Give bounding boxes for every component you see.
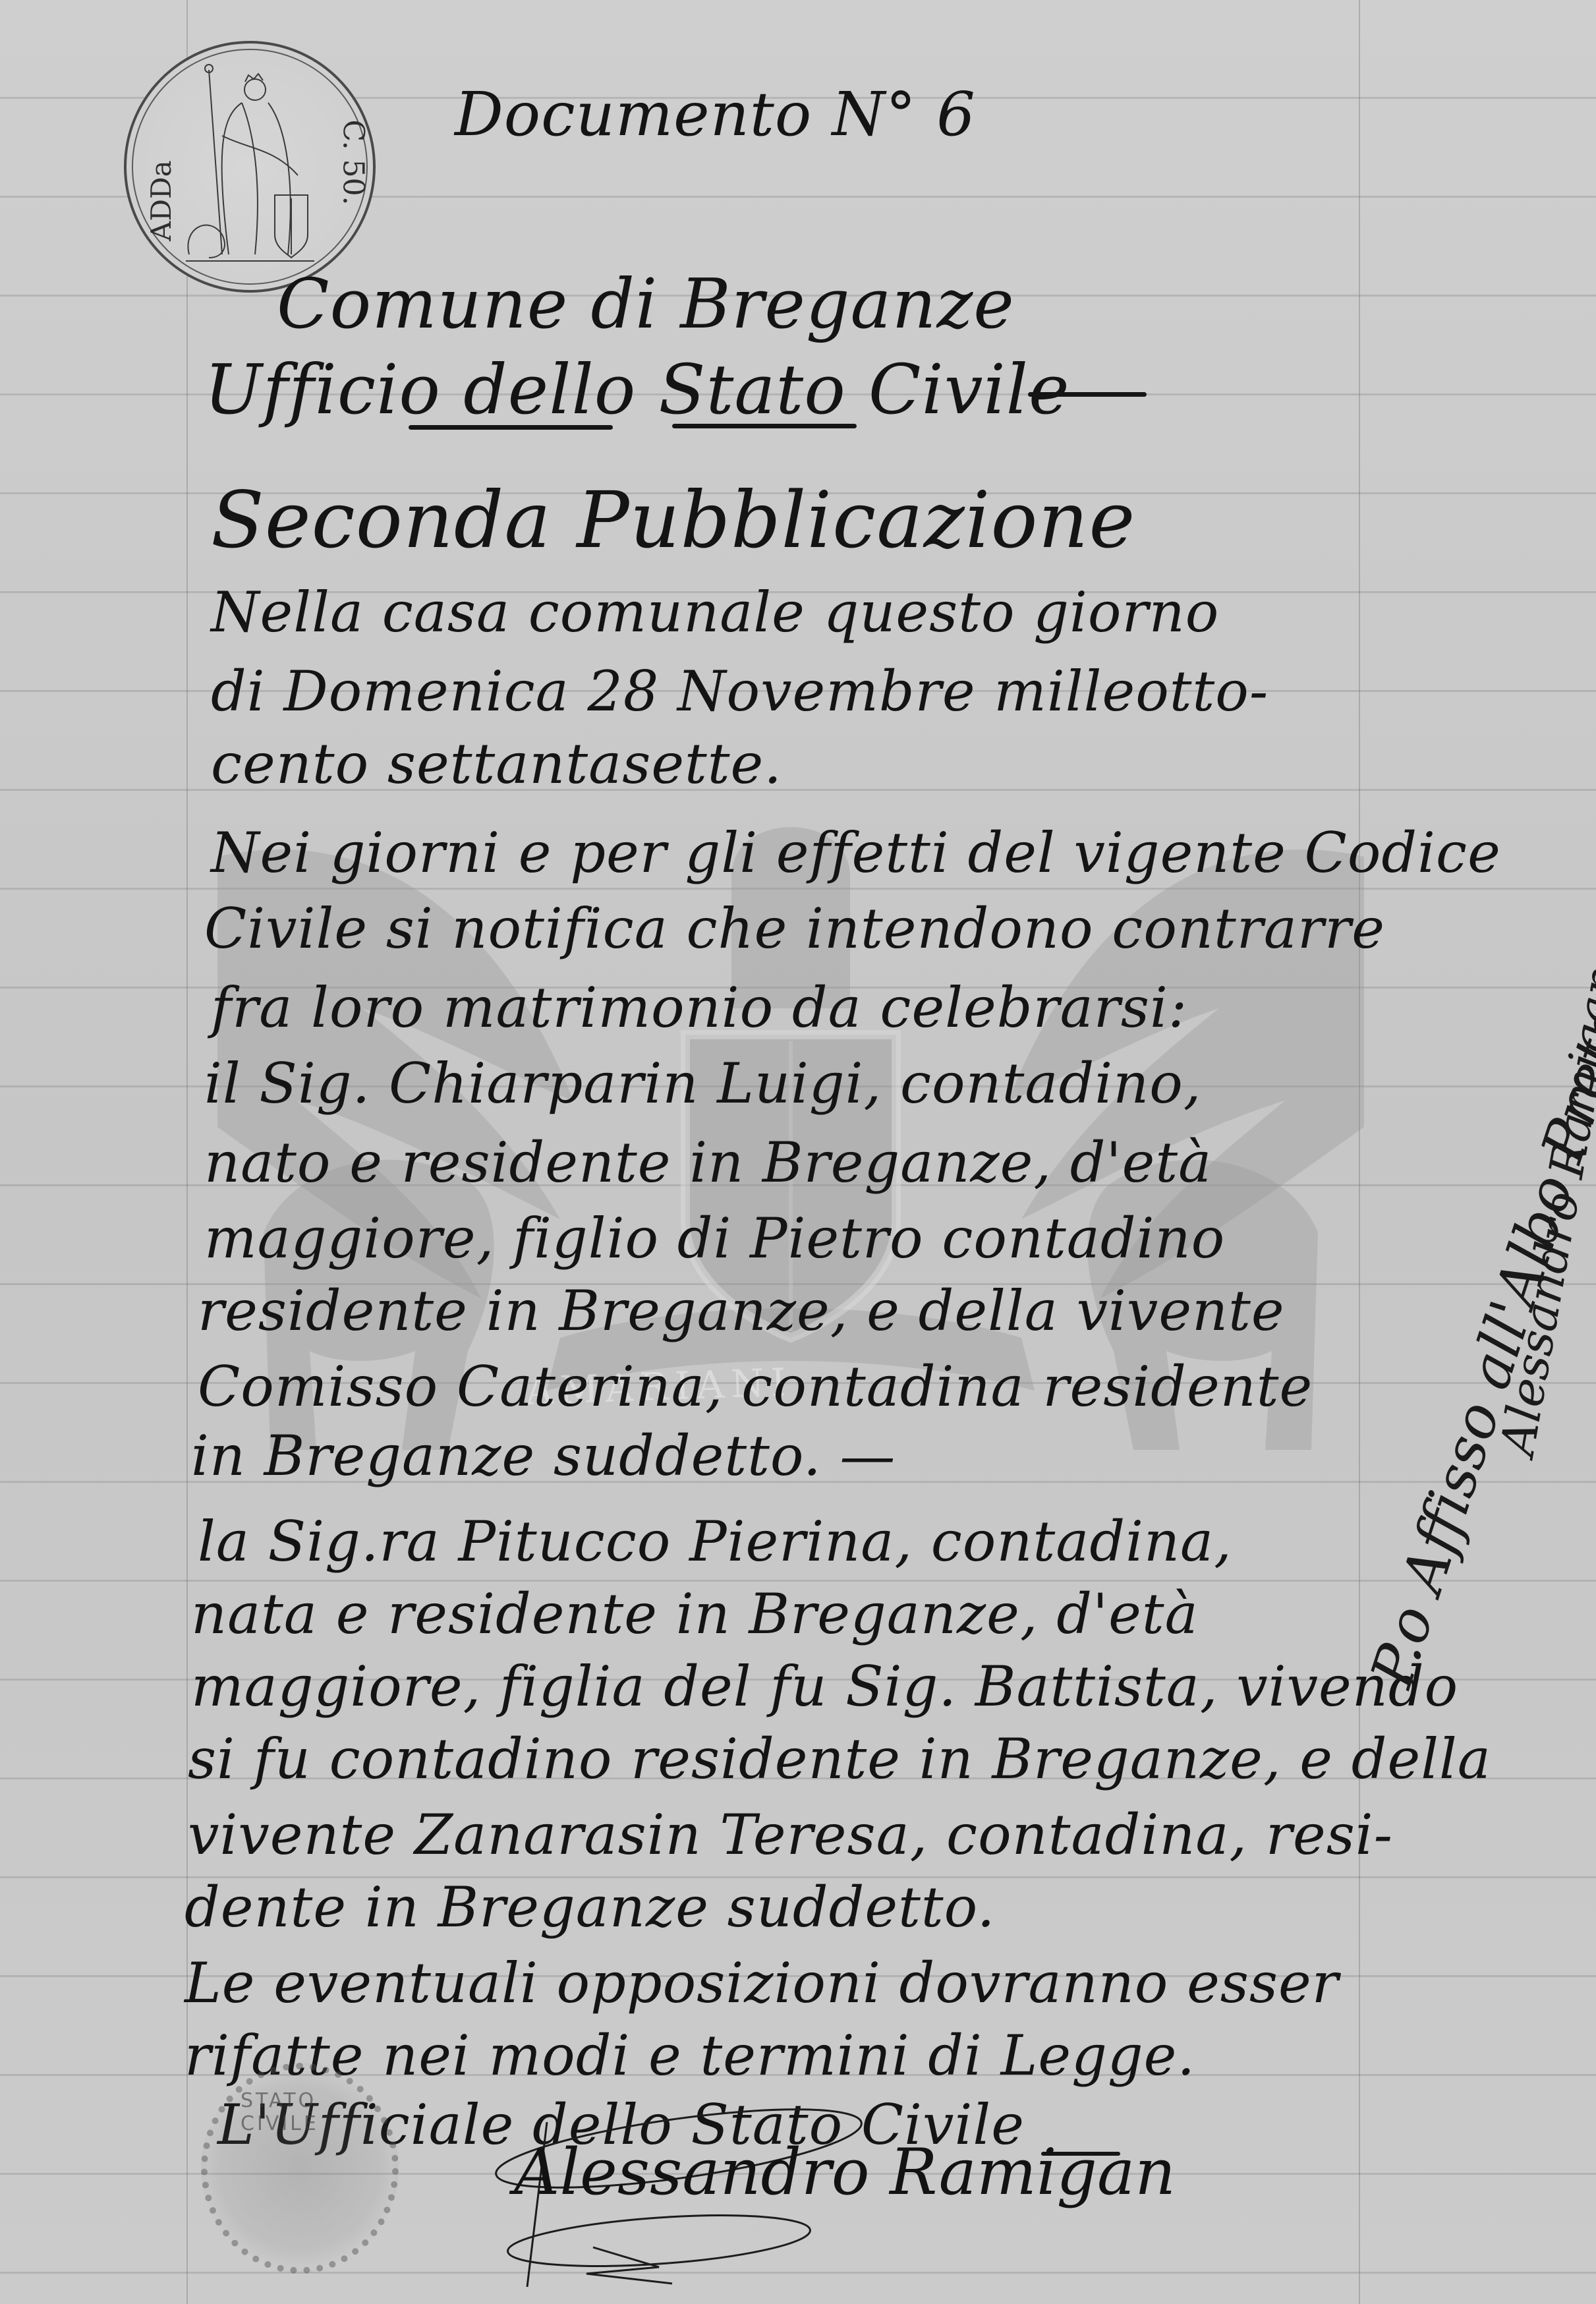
body-line: Comisso Caterina, contadina residente: [198, 1354, 1313, 1419]
publication-title: Seconda Pubblicazione: [211, 475, 1135, 565]
official-seal: STATO CIVILE: [201, 2063, 399, 2274]
office-title-flourish: [1028, 392, 1147, 397]
stamp-value: C. 50.: [337, 120, 370, 225]
right-margin-rule: [1359, 0, 1360, 2304]
header-underline-right: [672, 424, 857, 428]
body-line: maggiore, figlio di Pietro contadino: [204, 1206, 1225, 1271]
objections-line: Le eventuali opposizioni dovranno esser: [185, 1951, 1339, 2015]
document-number: Documento N° 6: [455, 79, 976, 150]
seal-label: STATO CIVILE: [241, 2089, 392, 2135]
body-line: nata e residente in Breganze, d'età: [191, 1582, 1199, 1646]
body-line: di Domenica 28 Novembre milleotto-: [211, 659, 1268, 724]
body-line: maggiore, figlia del fu Sig. Battista, v…: [191, 1654, 1458, 1719]
italia-turrita-figure-icon: [183, 57, 321, 268]
marginal-signature: Alessandro Ramigan: [1489, 961, 1596, 1459]
body-line: residente in Breganze, e della vivente: [198, 1279, 1285, 1343]
body-line: si fu contadino residente in Breganze, e…: [188, 1727, 1491, 1791]
body-line: vivente Zanarasin Teresa, contadina, res…: [188, 1802, 1393, 1867]
officer-signature: Alessandro Ramigan: [514, 2135, 1176, 2209]
header-underline-left: [409, 425, 613, 430]
groom-line: il Sig. Chiarparin Luigi, contadino,: [204, 1051, 1202, 1116]
bride-line: la Sig.ra Pitucco Pierina, contadina,: [198, 1509, 1232, 1574]
municipality-title: Comune di Breganze: [277, 264, 1015, 344]
revenue-stamp: ADDa C. 50.: [124, 41, 376, 293]
body-line: nato e residente in Breganze, d'età: [204, 1130, 1212, 1195]
body-line: dente in Breganze suddetto.: [185, 1875, 995, 1940]
body-line: cento settantasette.: [211, 732, 782, 796]
body-line: Nei giorni e per gli effetti del vigente…: [211, 821, 1501, 885]
office-title: Ufficio dello Stato Civile: [204, 349, 1070, 430]
body-line: fra loro matrimonio da celebrarsi:: [211, 975, 1187, 1040]
body-line: in Breganze suddetto. —: [191, 1424, 896, 1488]
body-line: Civile si notifica che intendono contrar…: [204, 896, 1385, 961]
stamp-left-text: ADDa: [145, 109, 177, 241]
body-line: Nella casa comunale questo giorno: [211, 580, 1219, 645]
document-page: AMARIANI ADDa C. 50. Documento N° 6 C: [0, 0, 1596, 2304]
